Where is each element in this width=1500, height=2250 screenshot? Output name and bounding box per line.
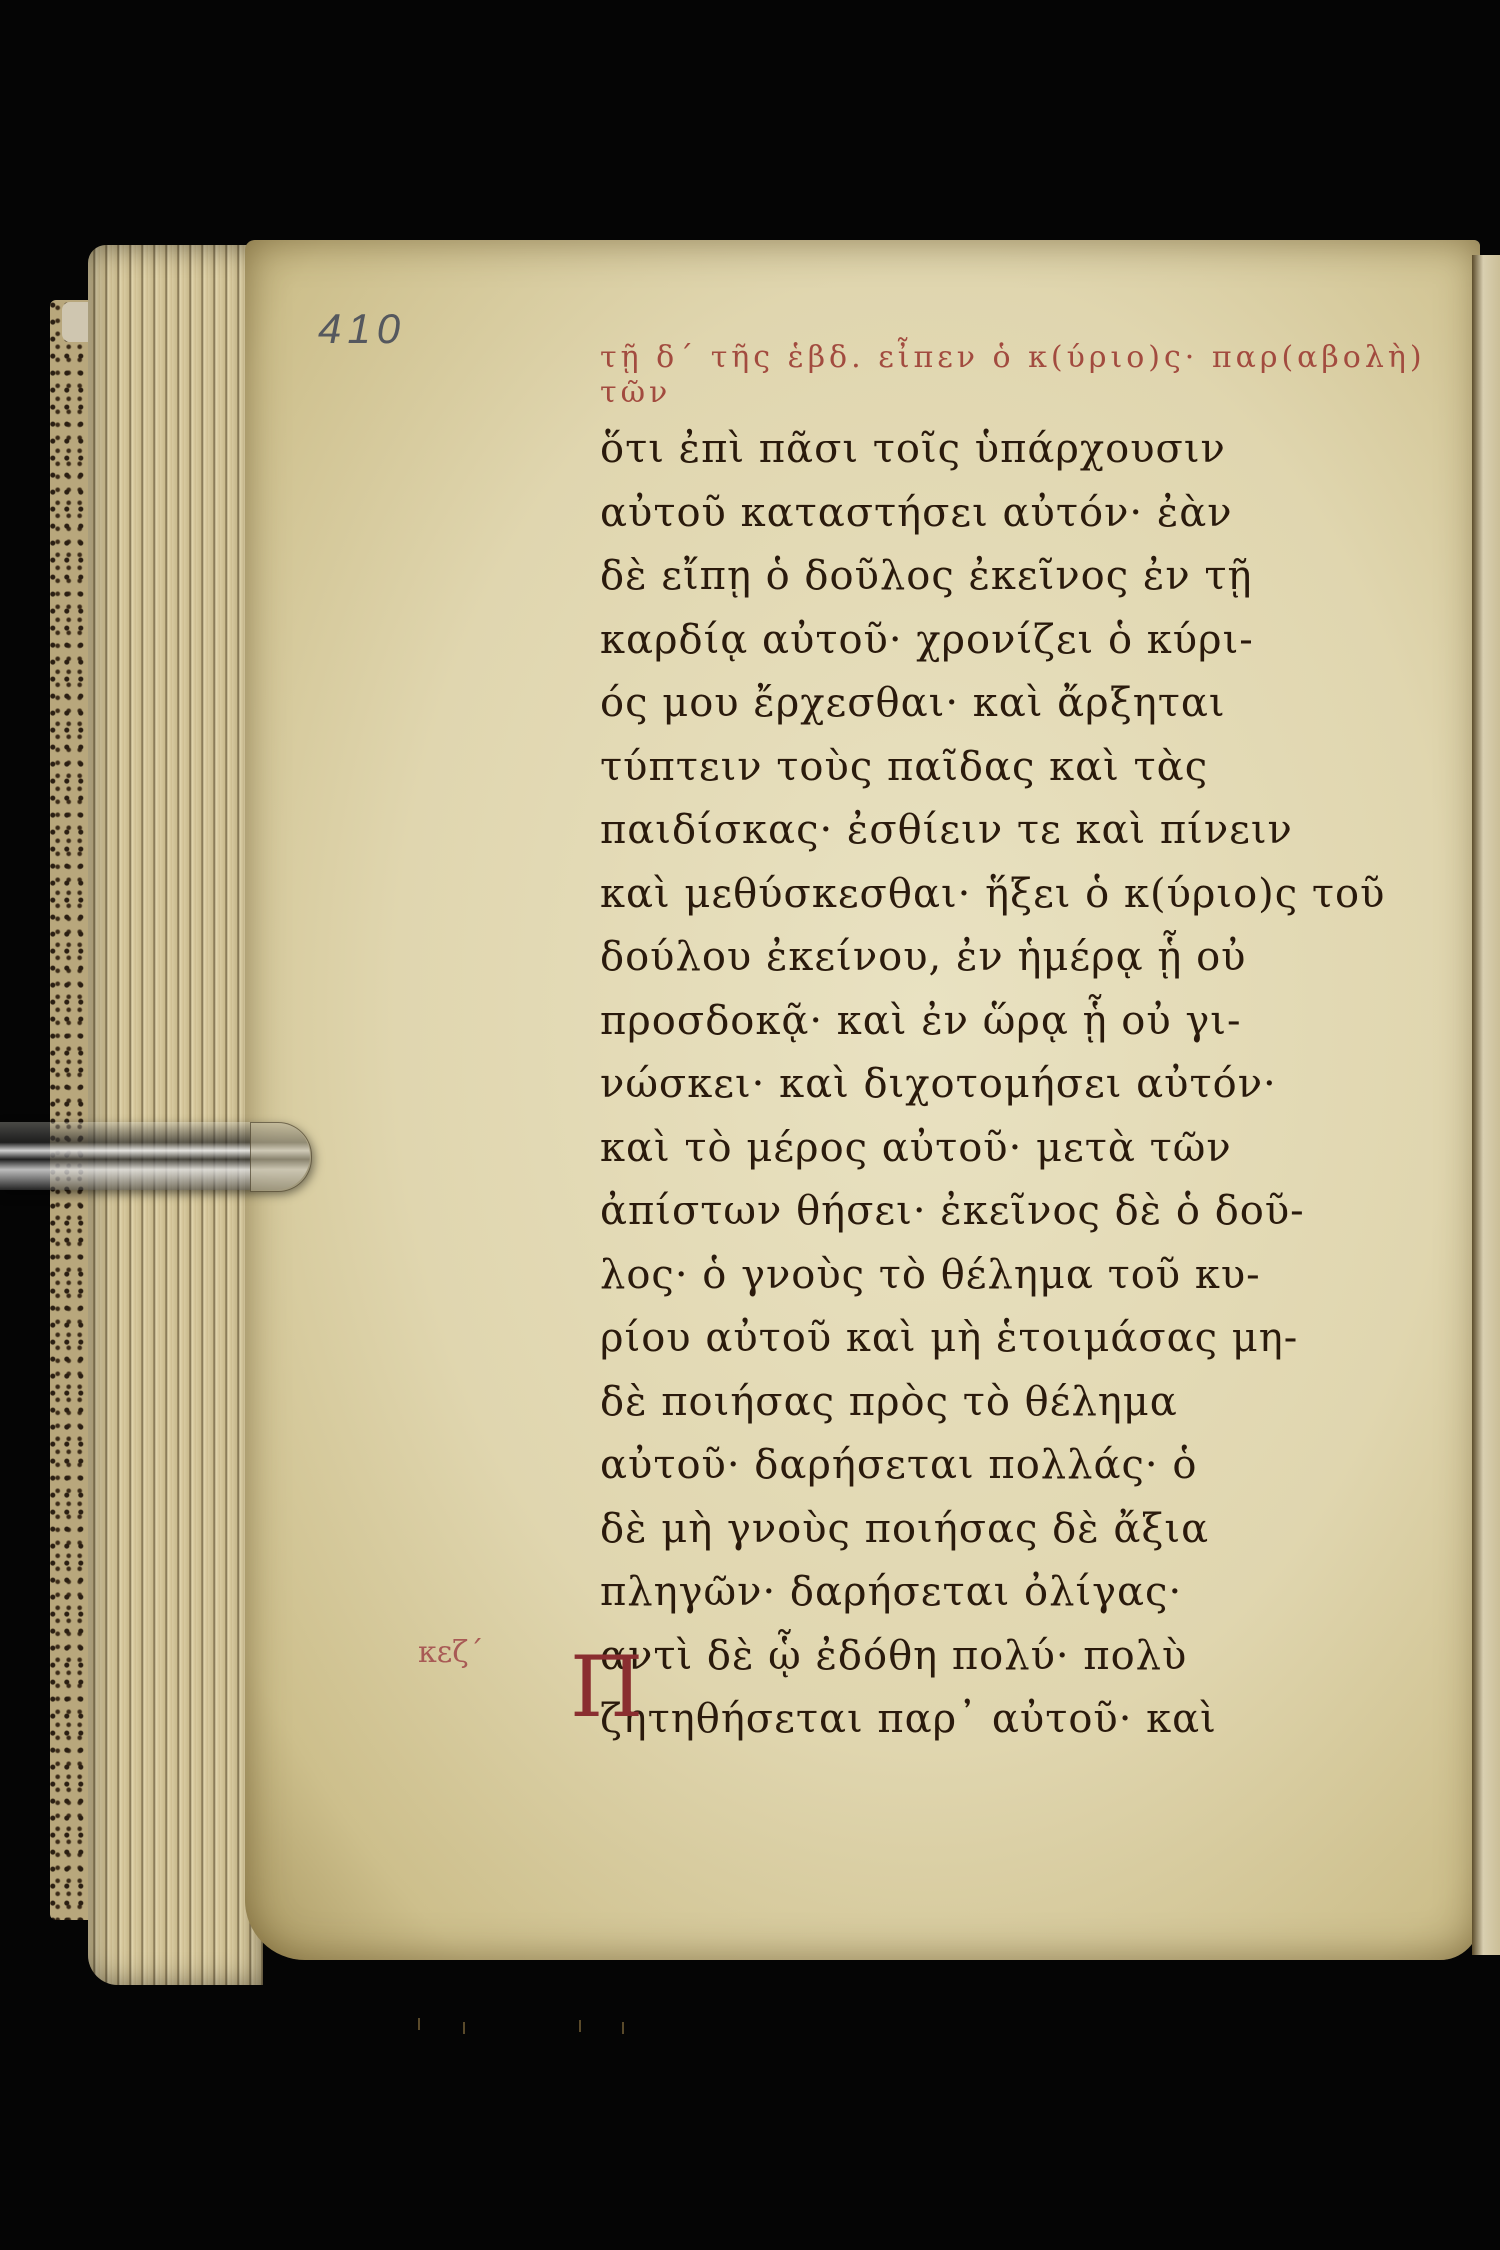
- page-stack: [88, 245, 263, 1985]
- text-line: προσδοκᾷ· καὶ ἐν ὥρᾳ ᾗ οὐ γι-: [600, 990, 1400, 1054]
- book-spine-speckled-edge: [50, 300, 90, 1920]
- margin-note-rubric: κεζ΄: [418, 1635, 484, 1670]
- text-line: καὶ τὸ μέρος αὐτοῦ· μετὰ τῶν: [600, 1117, 1400, 1181]
- text-line: ὅτι ἐπὶ πᾶσι τοῖς ὑπάρχουσιν: [600, 418, 1400, 482]
- text-line: παιδίσκας· ἐσθίειν τε καὶ πίνειν: [600, 799, 1400, 863]
- text-line: ἀπίστων θήσει· ἐκεῖνος δὲ ὁ δοῦ-: [600, 1180, 1400, 1244]
- text-line: δὲ ποιήσας πρὸς τὸ θέλημα: [600, 1371, 1400, 1435]
- pricking-mark: [579, 2020, 581, 2032]
- text-line: ρίου αὐτοῦ καὶ μὴ ἑτοιμάσας μη-: [600, 1307, 1400, 1371]
- pricking-mark: [463, 2022, 465, 2034]
- text-block: ὅτι ἐπὶ πᾶσι τοῖς ὑπάρχουσιν αὐτοῦ κατασ…: [600, 418, 1400, 1752]
- gutter-next-leaf: [1472, 255, 1500, 1955]
- text-line: δὲ μὴ γνοὺς ποιήσας δὲ ἄξια: [600, 1498, 1400, 1562]
- text-line: αὐτοῦ· δαρήσεται πολλάς· ὁ: [600, 1434, 1400, 1498]
- text-line: ζητηθήσεται παρ᾽ αὐτοῦ· καὶ: [600, 1688, 1400, 1752]
- text-line: αὐτοῦ καταστήσει αὐτόν· ἐὰν: [600, 482, 1400, 546]
- text-line: νώσκει· καὶ διχοτομήσει αὐτόν·: [600, 1053, 1400, 1117]
- text-line: καὶ μεθύσκεσθαι· ἥξει ὁ κ(ύριο)ς τοῦ: [600, 863, 1400, 927]
- rubricated-initial: Π: [570, 1645, 643, 1729]
- pricking-mark: [418, 2018, 420, 2030]
- text-line: καρδίᾳ αὐτοῦ· χρονίζει ὁ κύρι-: [600, 609, 1400, 673]
- pricking-mark: [622, 2022, 624, 2034]
- text-line: δὲ εἴπῃ ὁ δοῦλος ἐκεῖνος ἐν τῇ: [600, 545, 1400, 609]
- text-line: λος· ὁ γνοὺς τὸ θέλημα τοῦ κυ-: [600, 1244, 1400, 1308]
- folio-number: 410: [318, 305, 406, 353]
- text-line: ός μου ἔρχεσθαι· καὶ ἄρξηται: [600, 672, 1400, 736]
- text-line: τύπτειν τοὺς παῖδας καὶ τὰς: [600, 736, 1400, 800]
- running-head-rubric: τῇ δ΄ τῆς ἑβδ. εἶπεν ὁ κ(ύριο)ς· παρ(αβο…: [600, 340, 1500, 410]
- text-line: αντὶ δὲ ᾧ ἐδόθη πολύ· πολὺ: [600, 1625, 1400, 1689]
- text-line: δούλου ἐκείνου, ἐν ἡμέρᾳ ᾗ οὐ: [600, 926, 1400, 990]
- text-line: πληγῶν· δαρήσεται ὀλίγας·: [600, 1561, 1400, 1625]
